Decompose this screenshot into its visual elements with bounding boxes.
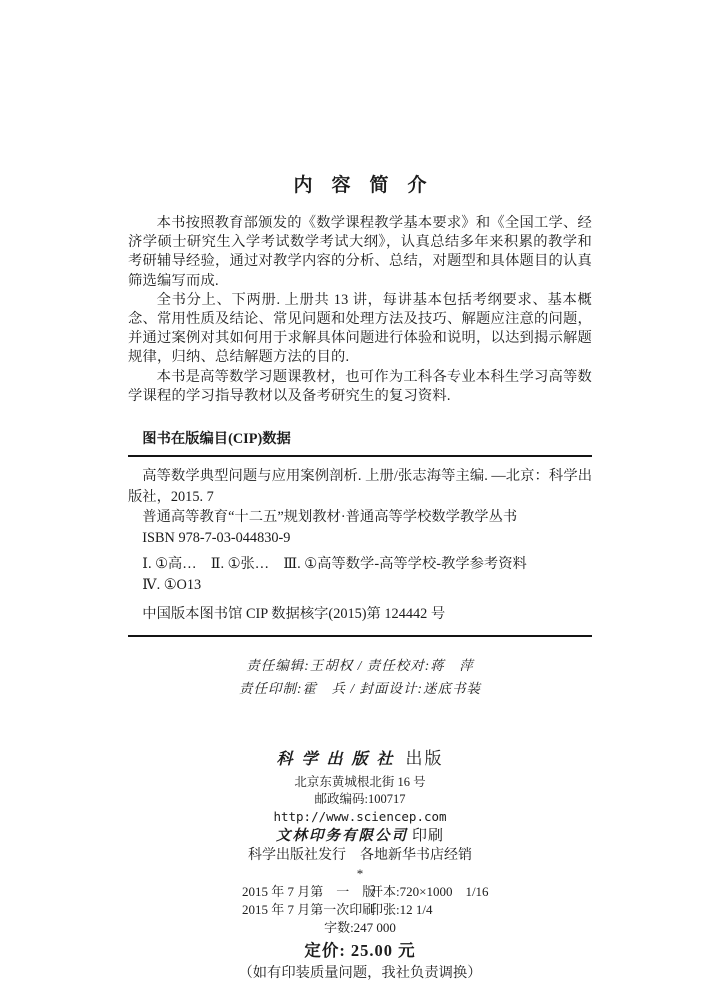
content-introduction-section: 内 容 简 介 本书按照教育部颁发的《数学课程教学基本要求》和《全国工学、经济学… [128,174,592,406]
publisher-address: 北京东黄城根北街 16 号 [128,774,592,791]
price-line: 定价: 25.00 元 [128,940,592,962]
cip-isbn: ISBN 978-7-03-044830-9 [128,528,592,549]
printing-row: 2015 年 7 月第一次印刷 印张:12 1/4 [128,901,592,919]
printing-info: 2015 年 7 月第一次印刷 [242,901,370,919]
publisher-block: 科学出版社 出版 北京东黄城根北街 16 号 邮政编码:100717 http:… [128,748,592,880]
cip-series: 普通高等教育“十二五”规划教材·普通高等学校数学教学丛书 [128,507,592,528]
exchange-note: （如有印装质量问题，我社负责调换） [128,963,592,983]
cip-registry: 中国版本图书馆 CIP 数据核字(2015)第 124442 号 [128,604,592,625]
cip-body: 高等数学典型问题与应用案例剖析. 上册/张志海等主编. —北京：科学出版社，20… [128,457,592,635]
book-copyright-page: 内 容 简 介 本书按照教育部颁发的《数学课程教学基本要求》和《全国工学、经济学… [0,0,720,1000]
intro-paragraph-2: 全书分上、下两册. 上册共 13 讲，每讲基本包括考纲要求、基本概念、常用性质及… [128,291,592,368]
cip-heading: 图书在版编目(CIP)数据 [128,430,592,455]
sheets-info: 印张:12 1/4 [370,901,432,919]
separator-star: * [128,867,592,880]
printer-line: 文林印务有限公司 印刷 [128,826,592,846]
staff-credits: 责任编辑:王胡权 / 责任校对:蒋 萍 责任印制:霍 兵 / 封面设计:迷底书装 [128,654,592,700]
printer-logotype: 文林印务有限公司 [276,828,408,844]
page-content: 内 容 简 介 本书按照教育部颁发的《数学课程教学基本要求》和《全国工学、经济学… [128,0,592,983]
printer-suffix: 印刷 [412,828,444,844]
intro-paragraph-1: 本书按照教育部颁发的《数学课程教学基本要求》和《全国工学、经济学硕士研究生入学考… [128,214,592,291]
edition-row: 2015 年 7 月第 一 版 开本:720×1000 1/16 [128,883,592,901]
credits-line-1: 责任编辑:王胡权 / 责任校对:蒋 萍 [128,654,592,677]
distribution-line: 科学出版社发行 各地新华书店经销 [128,846,592,865]
cip-classification-2: Ⅳ. ①O13 [128,575,592,596]
word-count: 字数:247 000 [128,919,592,937]
publisher-logo-line: 科学出版社 出版 [128,748,592,771]
credits-line-2: 责任印制:霍 兵 / 封面设计:迷底书装 [128,677,592,700]
publisher-logo-suffix: 出版 [406,749,444,768]
publisher-postcode: 邮政编码:100717 [128,791,592,808]
section-title: 内 容 简 介 [128,174,592,198]
cip-data-block: 图书在版编目(CIP)数据 高等数学典型问题与应用案例剖析. 上册/张志海等主编… [128,430,592,637]
cip-classification-1: Ⅰ. ①高… Ⅱ. ①张… Ⅲ. ①高等数学-高等学校-教学参考资料 [128,554,592,575]
format-info: 开本:720×1000 1/16 [370,883,489,901]
publisher-website: http://www.sciencep.com [128,808,592,826]
publisher-logotype: 科学出版社 [276,751,401,768]
colophon-block: 2015 年 7 月第 一 版 开本:720×1000 1/16 2015 年 … [128,883,592,983]
cip-bottom-rule [128,635,592,637]
cip-record: 高等数学典型问题与应用案例剖析. 上册/张志海等主编. —北京：科学出版社，20… [128,466,592,507]
intro-paragraph-3: 本书是高等数学习题课教材，也可作为工科各专业本科生学习高等数学课程的学习指导教材… [128,368,592,406]
edition-info: 2015 年 7 月第 一 版 [242,883,370,901]
